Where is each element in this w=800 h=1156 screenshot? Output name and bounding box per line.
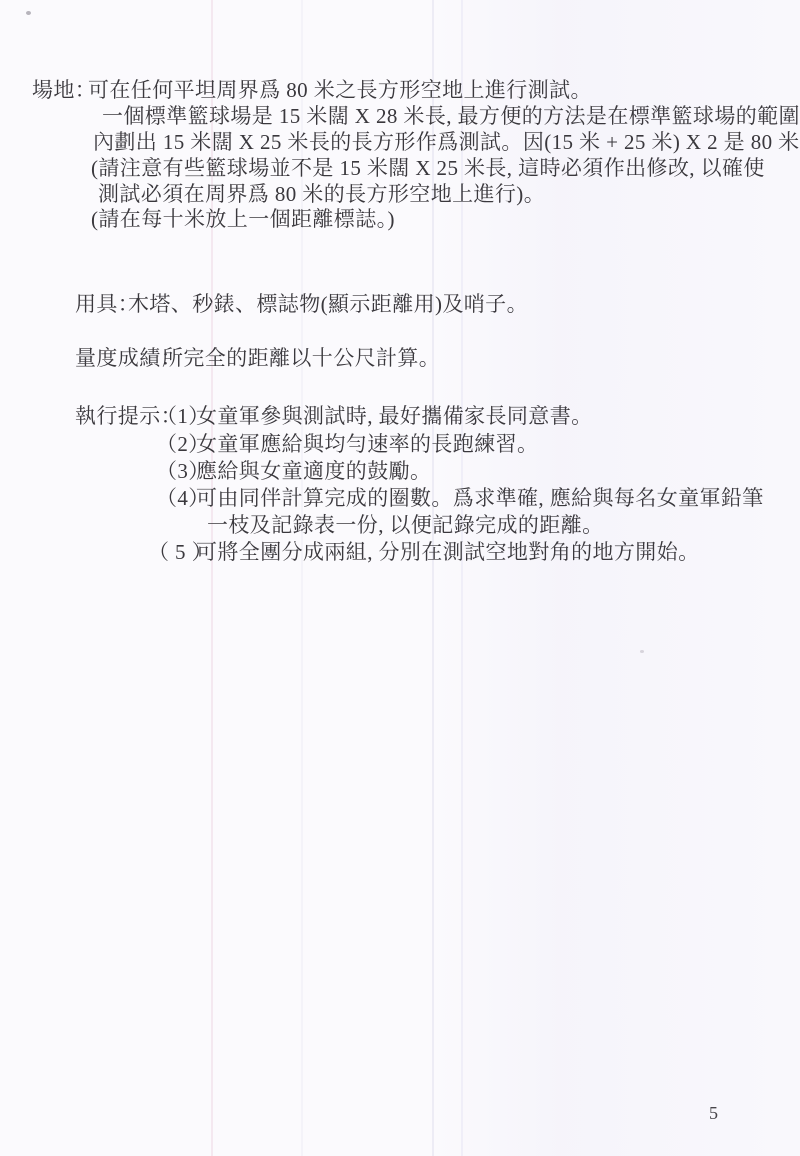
venue-line-3: 內劃出 15 米闊 X 25 米長的長方形作爲測試。因(15 米 + 25 米)… bbox=[93, 131, 800, 154]
venue-line-4: (請注意有些籃球場並不是 15 米闊 X 25 米長, 這時必須作出修改, 以確… bbox=[91, 157, 765, 180]
venue-line-1: 可在任何平坦周界爲 80 米之長方形空地上進行測試。 bbox=[88, 79, 592, 102]
tip-2-text: 女童軍應給與均勻速率的長跑練習。 bbox=[196, 433, 538, 456]
scan-artifact-speck bbox=[640, 650, 644, 653]
venue-label: 場地： bbox=[32, 79, 96, 102]
venue-line-6: (請在每十米放上一個距離標誌。) bbox=[91, 208, 395, 231]
document-page: 場地： 可在任何平坦周界爲 80 米之長方形空地上進行測試。 一個標準籃球場是 … bbox=[0, 0, 800, 1156]
scan-artifact-speck bbox=[26, 11, 31, 15]
tip-3-text: 應給與女童適度的鼓勵。 bbox=[196, 460, 431, 483]
tip-1-text: 女童軍參與測試時, 最好攜備家長同意書。 bbox=[196, 405, 593, 428]
venue-line-2: 一個標準籃球場是 15 米闊 X 28 米長, 最方便的方法是在標準籃球場的範圍 bbox=[102, 105, 800, 128]
tip-4-text-line-2: 一枝及記錄表一份, 以便記錄完成的距離。 bbox=[207, 514, 604, 537]
page-number: 5 bbox=[709, 1103, 718, 1124]
tip-4-text: 可由同伴計算完成的圈數。爲求準確, 應給與每名女童軍鉛筆 bbox=[196, 487, 764, 510]
scoring-text: 所完全的距離以十公尺計算。 bbox=[162, 347, 440, 370]
tip-5-text: 可將全團分成兩組, 分別在測試空地對角的地方開始。 bbox=[196, 541, 700, 564]
venue-line-5: 測試必須在周界爲 80 米的長方形空地上進行)。 bbox=[98, 183, 545, 206]
equipment-text: 木塔、秒錶、標誌物(顯示距離用)及哨子。 bbox=[128, 293, 528, 316]
